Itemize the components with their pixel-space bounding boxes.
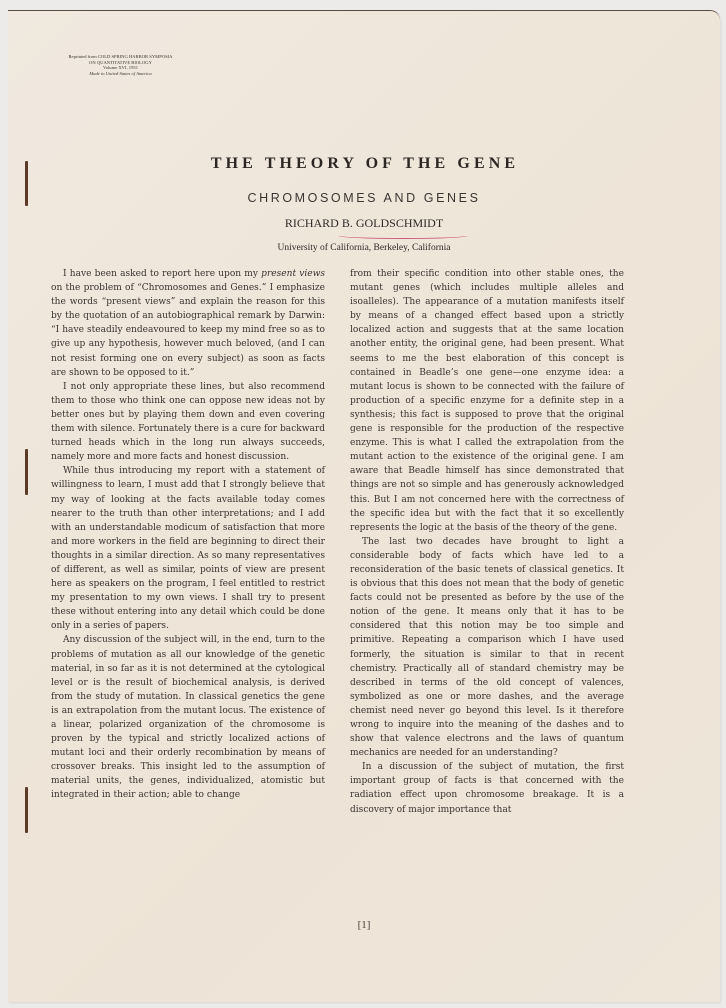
reprint-note-line-4: Made in United States of America [58,71,183,77]
paragraph-text: I have been asked to report here upon my [63,269,261,279]
handwritten-underline [338,235,468,239]
paragraph: The last two decades have brought to lig… [350,535,624,761]
reprint-note-line-1: Reprinted from COLD SPRING HARBOR SYMPOS… [58,54,183,60]
italic-emphasis: present views [261,269,325,279]
page-number: [1] [8,919,720,931]
staple-mark-bottom [25,787,28,833]
paragraph-continued: from their specific condition into other… [350,267,624,535]
author-name: RICHARD B. GOLDSCHMIDT [8,216,720,231]
reprint-note: Reprinted from COLD SPRING HARBOR SYMPOS… [58,54,183,76]
paragraph: While thus introducing my report with a … [51,464,325,633]
staple-mark-middle [25,449,28,495]
paragraph: I have been asked to report here upon my… [51,267,325,380]
paragraph: I not only appropriate these lines, but … [51,380,325,465]
paragraph-text: on the problem of “Chromosomes and Genes… [51,283,325,378]
document-page: Reprinted from COLD SPRING HARBOR SYMPOS… [8,10,720,1002]
left-column: I have been asked to report here upon my… [51,267,325,803]
paper-subtitle: CHROMOSOMES AND GENES [8,191,720,205]
paper-title: THE THEORY OF THE GENE [8,155,720,173]
paragraph: Any discussion of the subject will, in t… [51,633,325,802]
right-column: from their specific condition into other… [350,267,624,817]
author-affiliation: University of California, Berkeley, Cali… [8,243,720,253]
paragraph: In a discussion of the subject of mutati… [350,760,624,816]
